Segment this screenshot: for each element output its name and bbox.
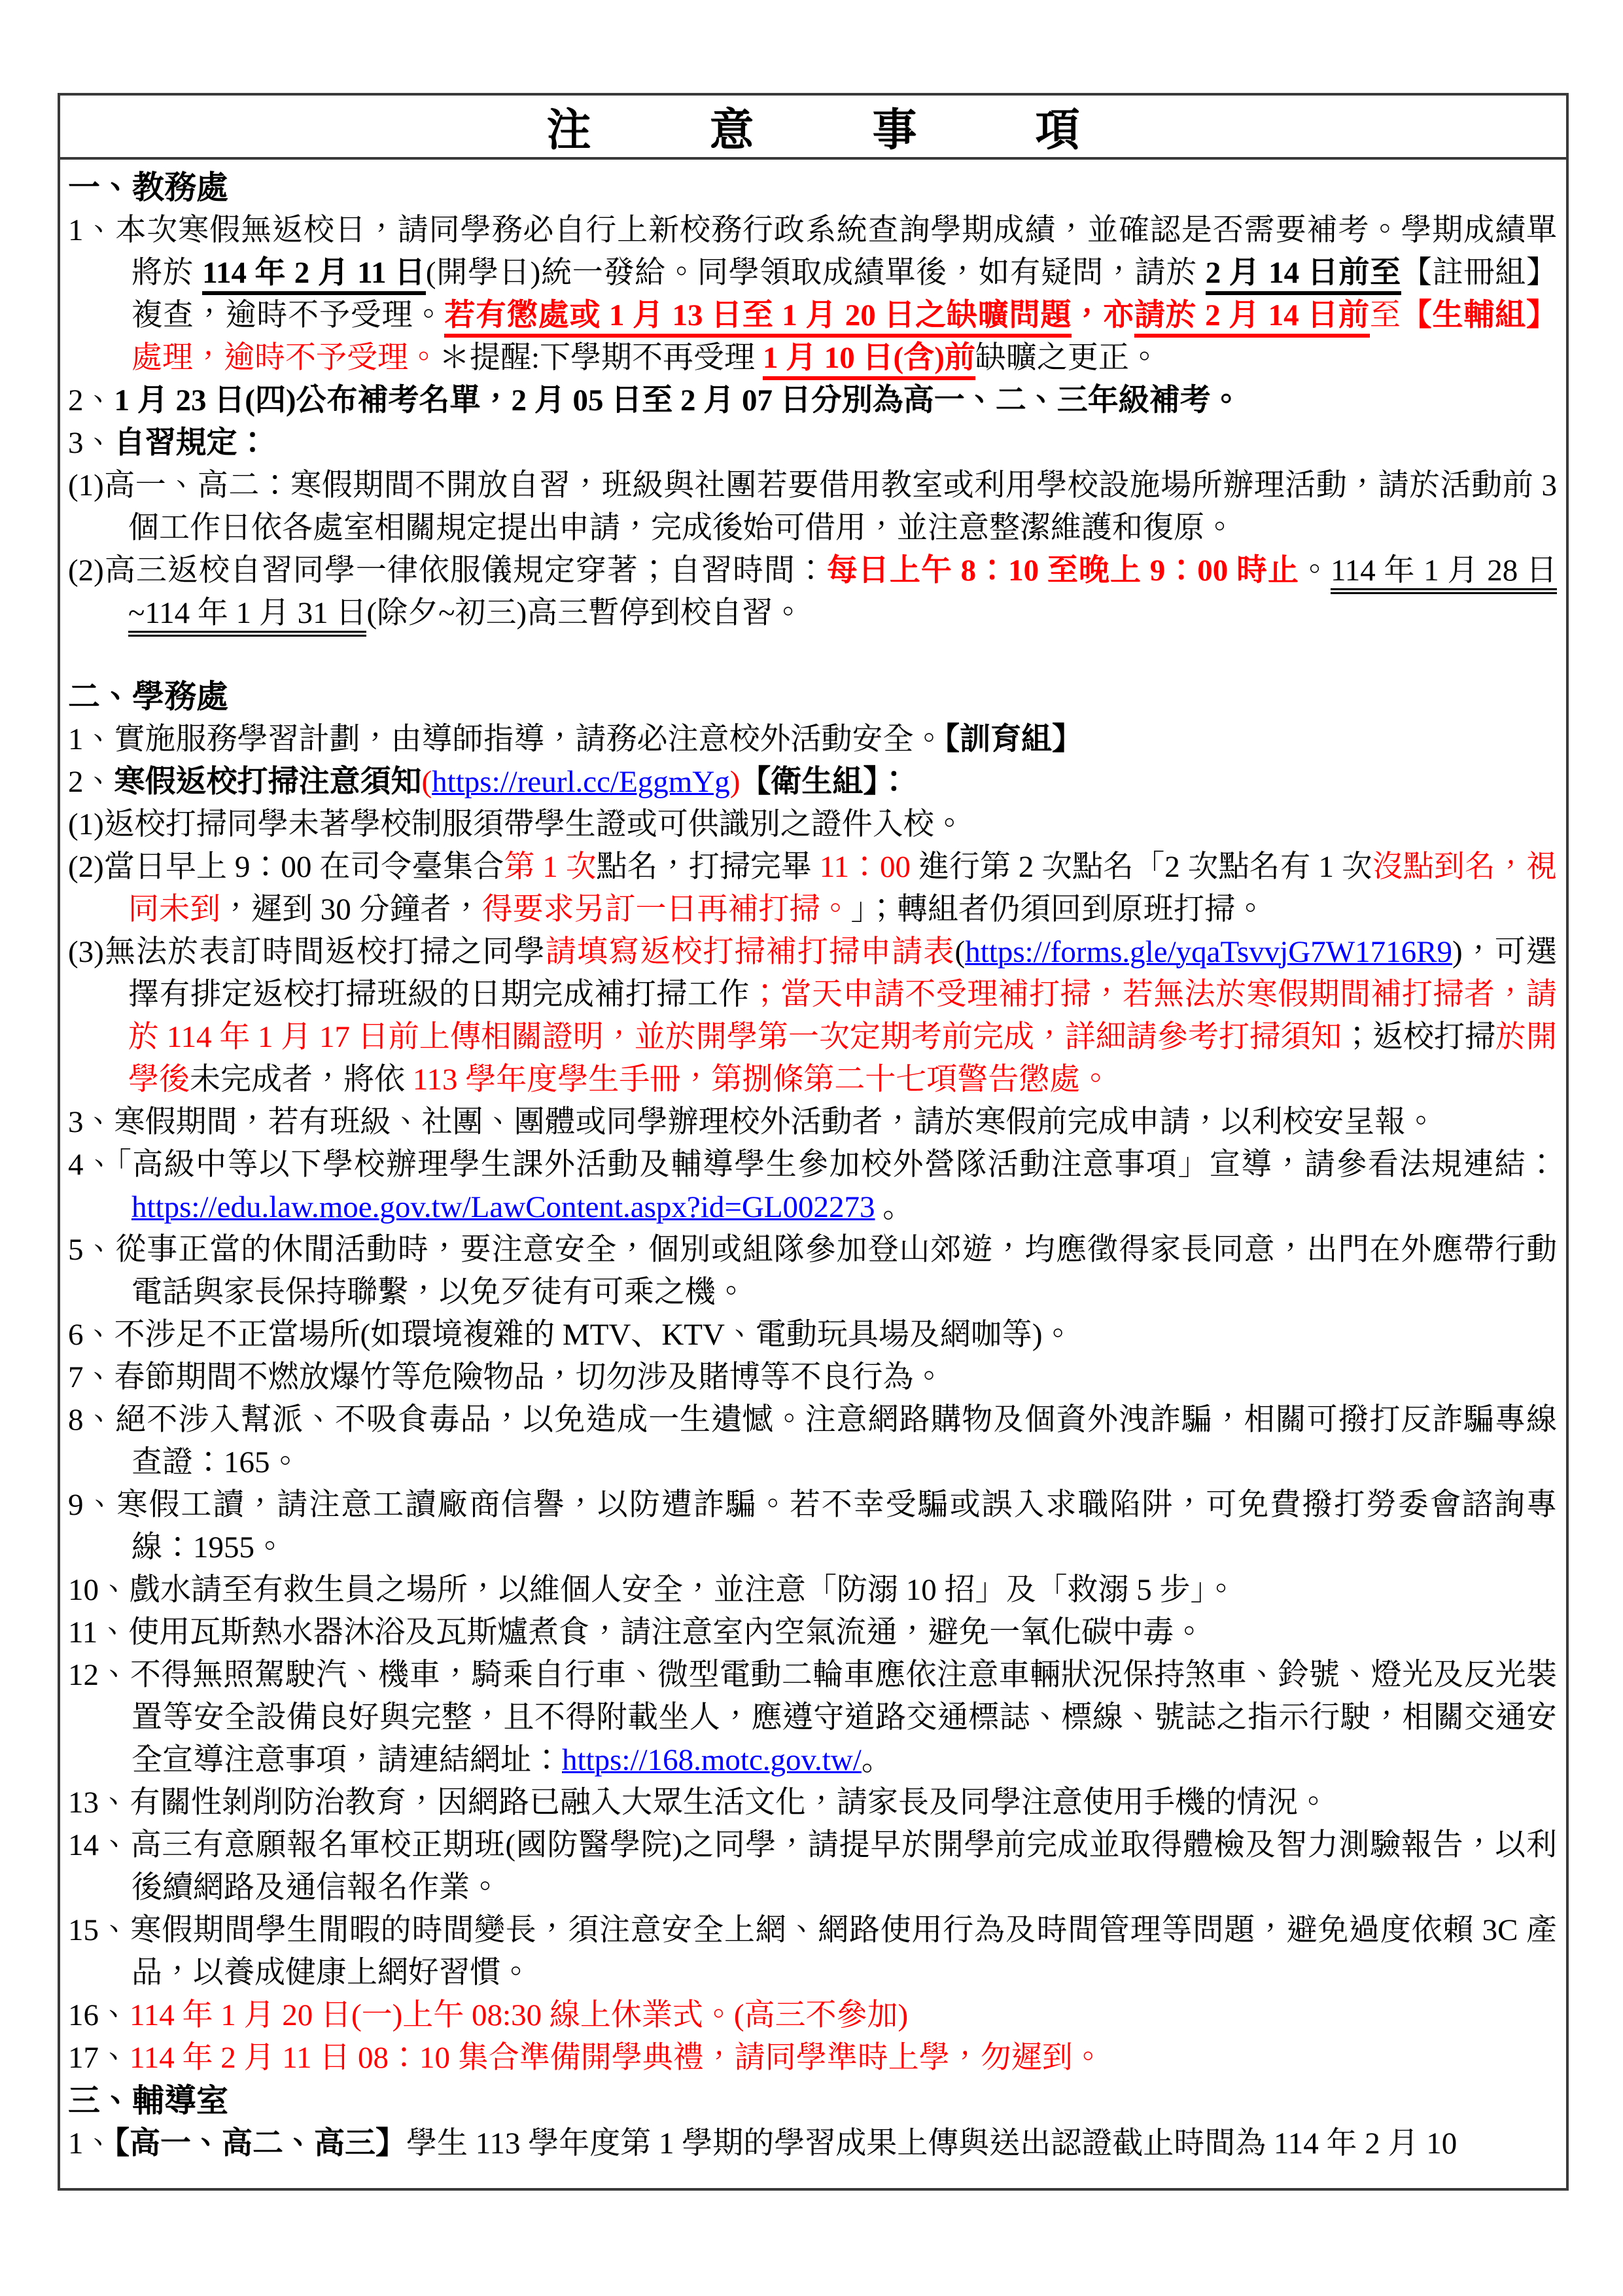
item-marker: 6、 — [68, 1318, 114, 1352]
text-segment: ，亦 — [1072, 298, 1134, 332]
text-segment: 113 學年度學生手冊，第捌條第二十七項警告懲處。 — [413, 1063, 1111, 1097]
text-segment: 【高一、高二、高三】 — [114, 2127, 407, 2161]
item-marker: 5、 — [68, 1233, 115, 1267]
text-segment: 2 月 14 日前至 — [1206, 256, 1401, 295]
text-segment: (開學日)統一發給。同學領取成績單後，如有疑問，請於 — [426, 256, 1206, 290]
text-segment: ，遲到 30 分鐘者， — [220, 892, 482, 927]
text-segment: 」；轉組者仍須回到原班打掃。 — [851, 892, 1266, 927]
item-marker: 12、 — [68, 1658, 130, 1692]
text-segment: ；返校打掃 — [1342, 1020, 1495, 1054]
item-marker: (2) — [68, 850, 104, 884]
text-segment: 寒假期間學生閒暇的時間變長，須注意安全上網、網路使用行為及時間管理等問題，避免過… — [131, 1913, 1557, 1990]
text-segment: 戲水請至有救生員之場所，以維個人安全，並注意「防溺 10 招」及「救溺 5 步」… — [130, 1573, 1236, 1607]
text-segment: 春節期間不燃放爆竹等危險物品，切勿涉及賭博等不良行為。 — [114, 1360, 945, 1394]
item-marker: (3) — [68, 935, 104, 969]
text-segment: 寒假返校打掃注意須知 — [114, 765, 422, 799]
notice-item: (2)當日早上 9：00 在司令臺集合第 1 次點名，打掃完畢 11：00 進行… — [68, 846, 1557, 931]
notice-item: (3)無法於表訂時間返校打掃之同學請填寫返校打掃補打掃申請表(https://f… — [68, 931, 1557, 1101]
notice-item: 10、戲水請至有救生員之場所，以維個人安全，並注意「防溺 10 招」及「救溺 5… — [68, 1569, 1557, 1612]
item-marker: 1、 — [68, 2127, 114, 2161]
text-segment: ) — [730, 765, 741, 799]
item-marker: 10、 — [68, 1573, 130, 1607]
page-title: 注 意 事 項 — [493, 95, 1133, 158]
text-segment: 寒假期間，若有班級、社團、團體或同學辦理校外活動者，請於寒假前完成申請，以利校安… — [114, 1105, 1437, 1139]
text-segment: 高三返校自習同學一律依服儀規定穿著；自習時間： — [104, 554, 827, 588]
notice-item: 1、本次寒假無返校日，請同學務必自行上新校務行政系統查詢學期成績，並確認是否需要… — [68, 209, 1557, 380]
text-segment: 返校打掃同學未著學校制服須帶學生證或可供識別之證件入校。 — [104, 807, 965, 841]
notice-item: 11、使用瓦斯熱水器沐浴及瓦斯爐煮食，請注意室內空氣流通，避免一氧化碳中毒。 — [68, 1612, 1557, 1654]
item-marker: 1、 — [68, 213, 115, 247]
text-segment: (除夕~初三)高三暫停到校自習。 — [366, 596, 803, 630]
item-marker: 17、 — [68, 2041, 130, 2075]
notice-sheet: 注 意 事 項 一、教務處1、本次寒假無返校日，請同學務必自行上新校務行政系統查… — [58, 93, 1569, 2191]
text-segment: 高三有意願報名軍校正期班(國防醫學院)之同學，請提早於開學前完成並取得體檢及智力… — [131, 1828, 1558, 1905]
section-heading: 一、教務處 — [68, 166, 1557, 209]
notice-item: (1)返校打掃同學未著學校制服須帶學生證或可供識別之證件入校。 — [68, 804, 1557, 846]
notice-item: 16、114 年 1 月 20 日(一)上午 08:30 線上休業式。(高三不參… — [68, 1994, 1557, 2037]
text-segment: 11：00 — [820, 850, 918, 884]
item-marker: 8、 — [68, 1403, 115, 1437]
item-marker: (2) — [68, 554, 104, 588]
item-marker: 13、 — [68, 1786, 130, 1820]
notice-item: 2、1 月 23 日(四)公布補考名單，2 月 05 日至 2 月 07 日分別… — [68, 380, 1557, 422]
notice-item: 5、從事正當的休閒活動時，要注意安全，個別或組隊參加登山郊遊，均應徵得家長同意，… — [68, 1229, 1557, 1314]
item-marker: (1) — [68, 468, 104, 503]
notice-item: 3、自習規定： — [68, 422, 1557, 465]
notice-item: 14、高三有意願報名軍校正期班(國防醫學院)之同學，請提早於開學前完成並取得體檢… — [68, 1824, 1557, 1909]
item-marker: 11、 — [68, 1616, 128, 1650]
text-segment: 114 年 1 月 20 日(一)上午 08:30 線上休業式。(高三不參加) — [130, 1998, 908, 2032]
hyperlink[interactable]: https://reurl.cc/EggmYg — [432, 765, 730, 799]
notice-content: 一、教務處1、本次寒假無返校日，請同學務必自行上新校務行政系統查詢學期成績，並確… — [60, 160, 1566, 2165]
notice-item: 3、寒假期間，若有班級、社團、團體或同學辦理校外活動者，請於寒假前完成申請，以利… — [68, 1101, 1557, 1144]
notice-item: (2)高三返校自習同學一律依服儀規定穿著；自習時間：每日上午 8：10 至晚上 … — [68, 550, 1557, 635]
notice-item: 2、寒假返校打掃注意須知(https://reurl.cc/EggmYg)【衛生… — [68, 761, 1557, 804]
text-segment: 。 — [862, 1743, 892, 1777]
text-segment: 得要求另訂一日再補打掃。 — [482, 892, 851, 927]
hyperlink[interactable]: https://168.motc.gov.tw/ — [562, 1743, 862, 1777]
item-marker: 1、 — [68, 722, 114, 756]
item-marker: 4、 — [68, 1148, 116, 1182]
notice-item: 7、春節期間不燃放爆竹等危險物品，切勿涉及賭博等不良行為。 — [68, 1356, 1557, 1399]
item-marker: 3、 — [68, 1105, 114, 1139]
title-row: 注 意 事 項 — [60, 96, 1566, 160]
document-page: 注 意 事 項 一、教務處1、本次寒假無返校日，請同學務必自行上新校務行政系統查… — [0, 0, 1623, 2296]
text-segment: 【衛生組】： — [740, 765, 909, 799]
text-segment: 當日早上 9：00 在司令臺集合 — [104, 850, 504, 884]
notice-item: (1)高一、高二：寒假期間不開放自習，班級與社團若要借用教室或利用學校設施場所辦… — [68, 465, 1557, 550]
text-segment: 點名，打掃完畢 — [597, 850, 820, 884]
text-segment: ＊提醒:下學期不再受理 — [439, 341, 763, 375]
text-segment: 【訓育組】 — [945, 722, 1083, 756]
text-segment: ( — [422, 765, 432, 799]
text-segment: 不涉足不正當場所(如環境複雜的 MTV、KTV、電動玩具場及網咖等)。 — [114, 1318, 1073, 1352]
text-segment: 自習規定： — [114, 426, 268, 460]
text-segment: 絕不涉入幫派、不吸食毒品，以免造成一生遺憾。注意網路購物及個資外洩詐騙，相關可撥… — [115, 1403, 1557, 1479]
text-segment: 寒假工讀，請注意工讀廠商信譽，以防遭詐騙。若不幸受騙或誤入求職陷阱，可免費撥打勞… — [116, 1488, 1557, 1564]
text-segment: 1 月 23 日(四)公布補考名單，2 月 05 日至 2 月 07 日分別為高… — [114, 383, 1242, 417]
notice-item: 12、不得無照駕駛汽、機車，騎乘自行車、微型電動二輪車應依注意車輛狀況保持煞車、… — [68, 1654, 1557, 1782]
text-segment: 1 月 10 日(含)前 — [763, 341, 975, 380]
text-segment: 未完成者，將依 — [190, 1063, 413, 1097]
notice-item: 9、寒假工讀，請注意工讀廠商信譽，以防遭詐騙。若不幸受騙或誤入求職陷阱，可免費撥… — [68, 1484, 1557, 1569]
item-marker: (1) — [68, 807, 104, 841]
text-segment: 請填寫返校打掃補打掃申請表 — [546, 935, 955, 969]
text-segment: 有關性剝削防治教育，因網路已融入大眾生活文化，請家長及同學注意使用手機的情況。 — [130, 1786, 1329, 1820]
text-segment: 至 — [1370, 298, 1401, 332]
hyperlink[interactable]: https://edu.law.moe.gov.tw/LawContent.as… — [131, 1190, 875, 1224]
text-segment: 高一、高二：寒假期間不開放自習，班級與社團若要借用教室或利用學校設施場所辦理活動… — [104, 468, 1557, 545]
item-marker: 14、 — [68, 1828, 131, 1862]
text-segment: 從事正當的休閒活動時，要注意安全，個別或組隊參加登山郊遊，均應徵得家長同意，出門… — [115, 1233, 1557, 1309]
text-segment: 114 年 2 月 11 日 — [202, 256, 426, 295]
item-marker: 9、 — [68, 1488, 116, 1522]
section-heading: 二、學務處 — [68, 675, 1557, 718]
text-segment: ( — [955, 935, 966, 969]
text-segment: 。 — [875, 1190, 914, 1224]
item-marker: 2、 — [68, 765, 114, 799]
text-segment: 請於 2 月 14 日前 — [1134, 298, 1370, 338]
text-segment: 「高級中等以下學校辦理學生課外活動及輔導學生參加校外營隊活動注意事項」宣導，請參… — [116, 1148, 1557, 1182]
text-segment: 無法於表訂時間返校打掃之同學 — [104, 935, 546, 969]
item-marker: 2、 — [68, 383, 114, 417]
notice-item: 4、「高級中等以下學校辦理學生課外活動及輔導學生參加校外營隊活動注意事項」宣導，… — [68, 1144, 1557, 1229]
hyperlink[interactable]: https://forms.gle/yqaTsvvjG7W1716R9 — [965, 935, 1452, 969]
text-segment: 若有懲處或 1 月 13 日至 1 月 20 日之缺曠問題 — [444, 298, 1072, 338]
text-segment: 第 1 次 — [504, 850, 596, 884]
text-segment: 進行第 2 次點名「2 次點名有 1 次 — [918, 850, 1372, 884]
text-segment: 實施服務學習計劃，由導師指導，請務必注意校外活動安全。 — [114, 722, 945, 756]
item-marker: 15、 — [68, 1913, 131, 1947]
notice-item: 13、有關性剝削防治教育，因網路已融入大眾生活文化，請家長及同學注意使用手機的情… — [68, 1782, 1557, 1824]
item-marker: 3、 — [68, 426, 114, 460]
notice-item: 17、114 年 2 月 11 日 08：10 集合準備開學典禮，請同學準時上學… — [68, 2037, 1557, 2079]
text-segment: 缺曠之更正。 — [975, 341, 1160, 375]
text-segment: 【生輔組】 — [1401, 298, 1557, 332]
text-segment: 。 — [1299, 554, 1331, 588]
item-marker: 16、 — [68, 1998, 130, 2032]
text-segment: 使用瓦斯熱水器沐浴及瓦斯爐煮食，請注意室內空氣流通，避免一氧化碳中毒。 — [128, 1616, 1204, 1650]
notice-item: 6、不涉足不正當場所(如環境複雜的 MTV、KTV、電動玩具場及網咖等)。 — [68, 1314, 1557, 1356]
notice-item: 8、絕不涉入幫派、不吸食毒品，以免造成一生遺憾。注意網路購物及個資外洩詐騙，相關… — [68, 1399, 1557, 1484]
notice-item: 1、實施服務學習計劃，由導師指導，請務必注意校外活動安全。【訓育組】 — [68, 718, 1557, 761]
text-segment: 處理，逾時不予受理。 — [131, 341, 439, 375]
text-segment: 114 年 2 月 11 日 08：10 集合準備開學典禮，請同學準時上學，勿遲… — [130, 2041, 1104, 2075]
text-segment: 每日上午 8：10 至晚上 9：00 時止 — [827, 554, 1299, 588]
notice-item: 15、寒假期間學生閒暇的時間變長，須注意安全上網、網路使用行為及時間管理等問題，… — [68, 1909, 1557, 1994]
section-heading: 三、輔導室 — [68, 2079, 1557, 2123]
notice-item: 1、【高一、高二、高三】學生 113 學年度第 1 學期的學習成果上傳與送出認證… — [68, 2123, 1557, 2165]
text-segment: 學生 113 學年度第 1 學期的學習成果上傳與送出認證截止時間為 114 年 … — [406, 2127, 1457, 2161]
item-marker: 7、 — [68, 1360, 114, 1394]
